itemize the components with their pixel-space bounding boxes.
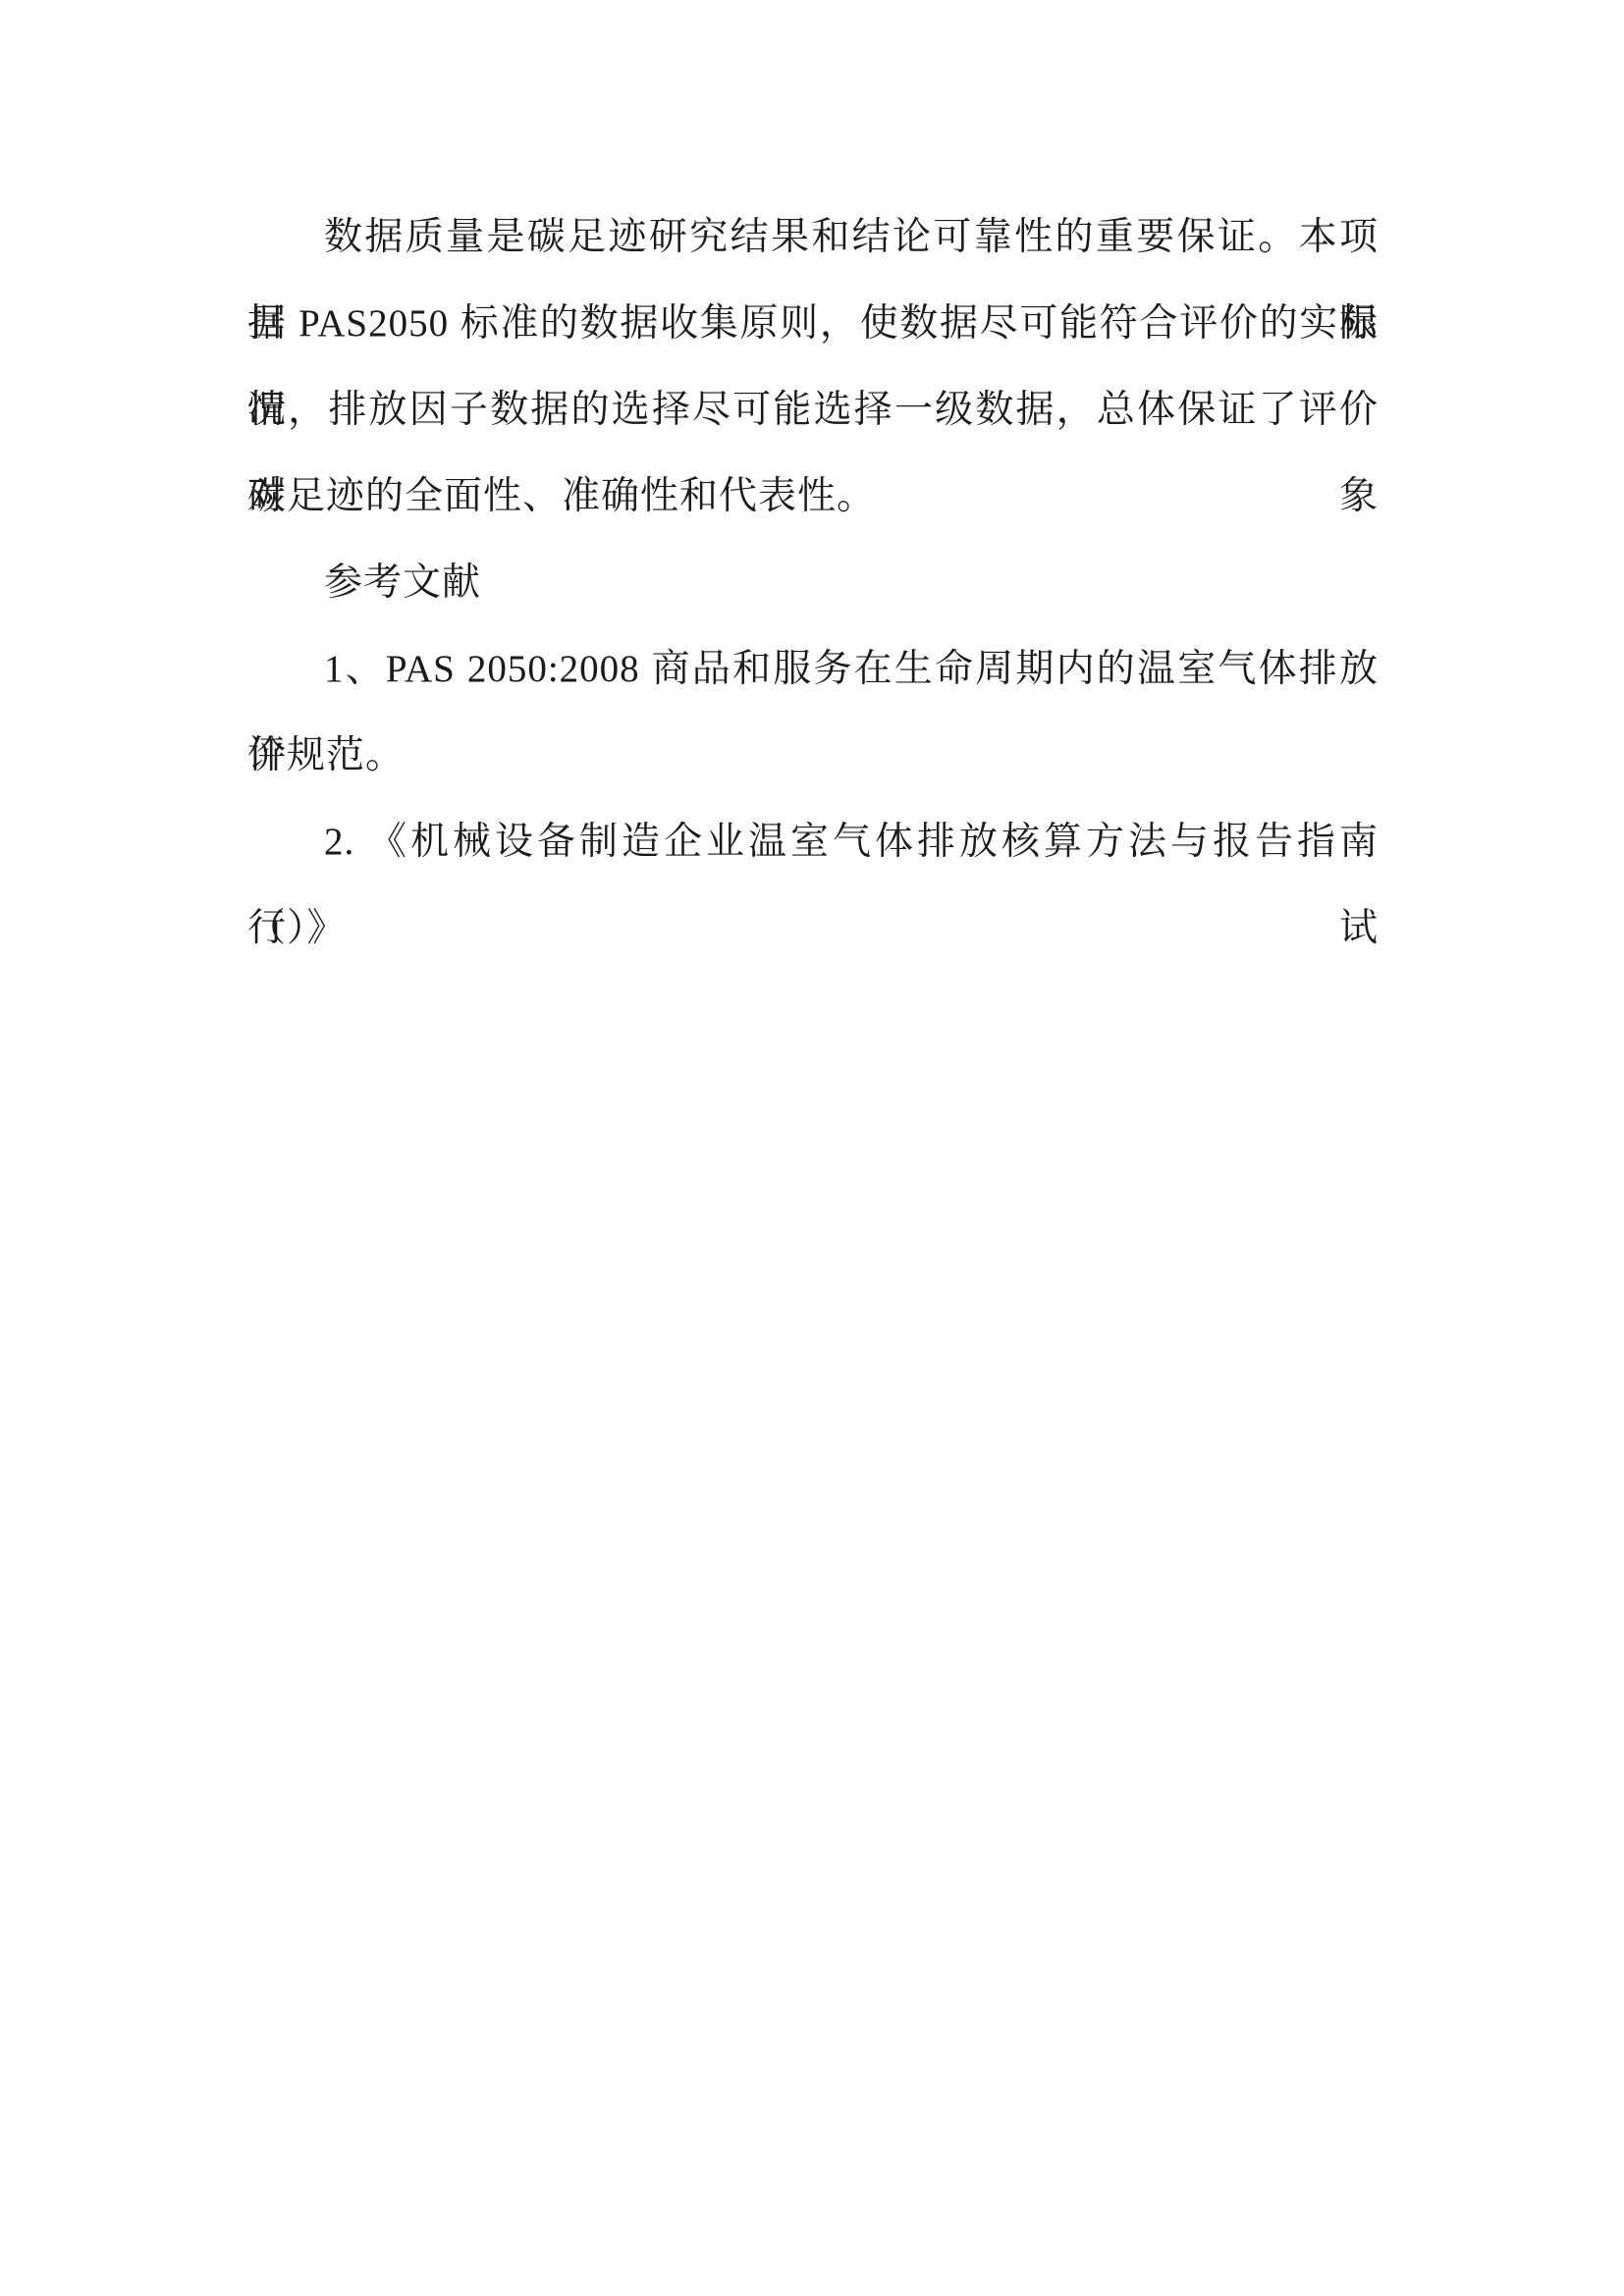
document-text-block: 数据质量是碳足迹研究结果和结论可靠性的重要保证。本项目根 据 PAS2050 标… bbox=[247, 194, 1379, 972]
references-heading: 参考文献 bbox=[247, 540, 1379, 626]
paragraph-line: 据 PAS2050 标准的数据收集原则，使数据尽可能符合评价的实际情 bbox=[247, 281, 1379, 367]
document-page: 数据质量是碳足迹研究结果和结论可靠性的重要保证。本项目根 据 PAS2050 标… bbox=[0, 0, 1624, 2296]
reference-item-line: 价规范。 bbox=[247, 713, 1379, 799]
paragraph-line: 况，排放因子数据的选择尽可能选择一级数据，总体保证了评价对象 bbox=[247, 367, 1379, 454]
reference-item-line: 1、PAS 2050:2008 商品和服务在生命周期内的温室气体排放评 bbox=[247, 626, 1379, 713]
paragraph-line: 数据质量是碳足迹研究结果和结论可靠性的重要保证。本项目根 bbox=[247, 194, 1379, 281]
reference-item-line: 2. 《机械设备制造企业温室气体排放核算方法与报告指南（试 bbox=[247, 799, 1379, 885]
